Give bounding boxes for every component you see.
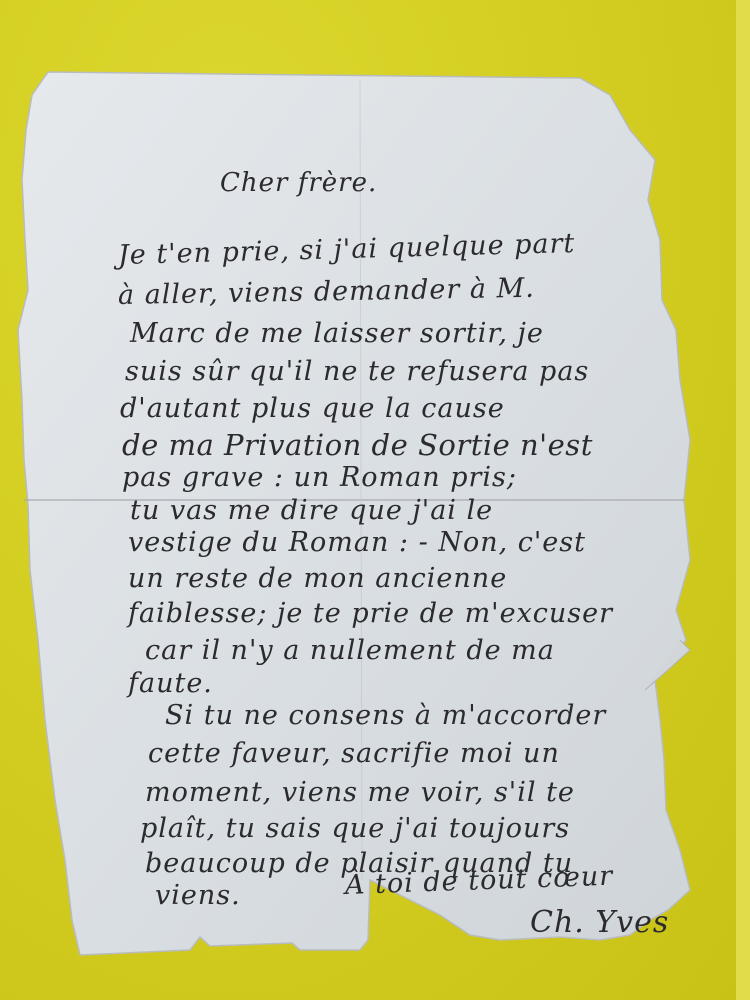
letter-line: car il n'y a nullement de ma <box>145 635 555 666</box>
letter-line: d'autant plus que la cause <box>120 393 505 424</box>
letter-line: de ma Privation de Sortie n'est <box>122 428 593 462</box>
letter-signature: Ch. Yves <box>530 905 669 940</box>
letter-line: Marc de me laisser sortir, je <box>130 318 544 349</box>
letter-line: Si tu ne consens à m'accorder <box>165 700 606 731</box>
letter-line: un reste de mon ancienne <box>128 563 507 594</box>
letter-line: faiblesse; je te prie de m'excuser <box>128 598 613 629</box>
letter-line: moment, viens me voir, s'il te <box>145 777 575 808</box>
letter-sheet: Cher frère. Je t'en prie, si j'ai quelqu… <box>0 0 750 1000</box>
letter-line: vestige du Roman : - Non, c'est <box>128 527 586 558</box>
letter-line: pas grave : un Roman pris; <box>122 462 517 493</box>
letter-line: viens. <box>155 880 241 911</box>
letter-line: plaît, tu sais que j'ai toujours <box>140 813 570 844</box>
letter-salutation: Cher frère. <box>220 168 377 198</box>
letter-line: tu vas me dire que j'ai le <box>130 495 493 526</box>
letter-line: suis sûr qu'il ne te refusera pas <box>125 356 589 387</box>
letter-line: cette faveur, sacrifie moi un <box>148 738 560 769</box>
letter-line: faute. <box>128 668 213 699</box>
